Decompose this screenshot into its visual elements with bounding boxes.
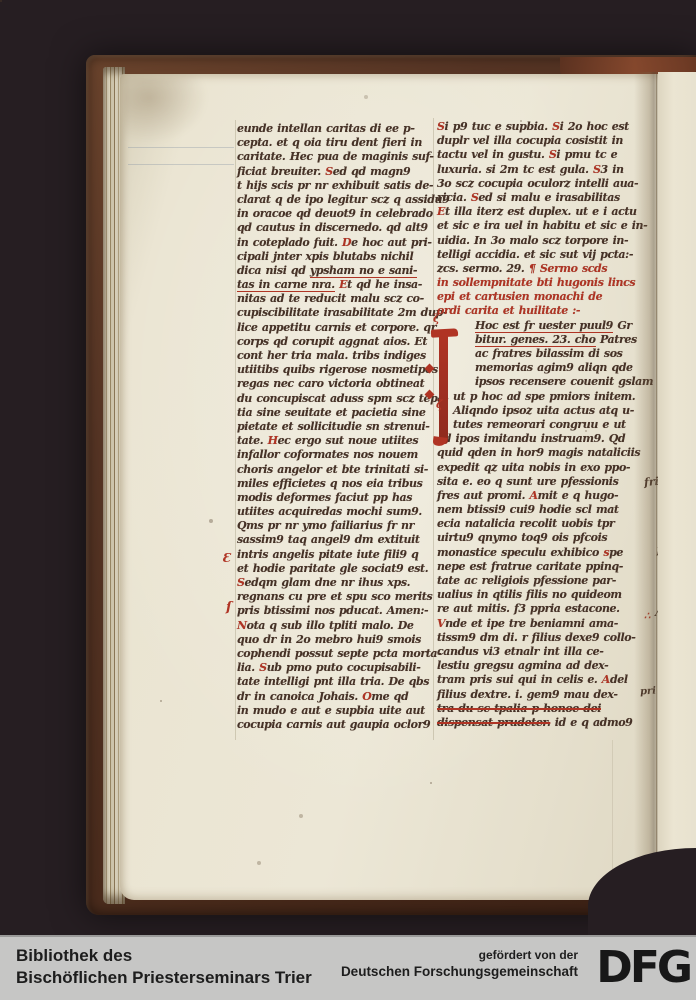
manuscript-line: et sic e ira uel in habitu et sic e in- (437, 219, 647, 233)
manuscript-text-segment: lice appetitu carnis et corpore. qr (237, 321, 436, 334)
photo-area: eunde intellan caritas di ee p-cepta. et… (0, 0, 696, 935)
manuscript-text-segment: S (437, 120, 445, 133)
manuscript-text-segment: cupiscibilitate irasabilitate 2m dup- (237, 306, 447, 319)
parchment-specks (0, 0, 2, 2)
funder-credit-line1: gefördert von der (341, 948, 578, 963)
manuscript-line: Et illa iterz est duplex. ut e i actu (437, 205, 647, 219)
manuscript-text-segment: Gr (613, 319, 632, 332)
manuscript-text-segment: cophendi possut septe pcta morta- (237, 647, 441, 660)
manuscript-line: expedit qz uita nobis in exo ppo- (437, 461, 647, 475)
manuscript-text-segment: S (593, 163, 601, 176)
manuscript-text-segment: ed si malu e irasabilitas (478, 191, 619, 204)
manuscript-text-segment: filius dextre. i. gem9 mau dex- (437, 688, 618, 701)
manuscript-text-segment: corps qd corupit aggnat aios. Et (237, 335, 427, 348)
manuscript-text-segment: bitur. genes. 23. cho (475, 333, 596, 347)
manuscript-text-segment: tram pris sui qui in celis e. (437, 673, 602, 686)
manuscript-text-segment: choris angelor et bte trinitati si- (237, 463, 428, 476)
manuscript-text-segment: modis deformes faciut pp has (237, 491, 412, 504)
manuscript-line: fres aut promi. Amit e q hugo- (437, 489, 647, 503)
manuscript-text-segment: dr in canoica Johais. (237, 690, 362, 703)
manuscript-line: tate intelligi pnt illa tria. De qbs (237, 675, 437, 689)
manuscript-text-segment: id e q admo9 (550, 716, 632, 729)
manuscript-line: ecia natalicia recolit uobis tpr (437, 517, 647, 531)
manuscript-text-segment: S (237, 576, 245, 589)
column-ruling (235, 120, 236, 740)
funder-credit-line2: Deutschen Forschungsgemeinschaft (341, 963, 578, 980)
manuscript-text-segment: qd cautus in discernedo. qd alt9 (237, 221, 428, 234)
manuscript-text-segment: E (437, 205, 445, 218)
manuscript-text-segment: S (259, 661, 267, 674)
manuscript-line: Qms pr nr ymo failiarius fr nr (237, 519, 437, 533)
manuscript-text-segment: t illa iterz est duplex. ut e i actu (445, 205, 637, 218)
manuscript-line: Vnde et ipe tre beniamni ama- (437, 617, 647, 631)
manuscript-text-segment: cocupia carnis aut gaupia oclor9 (237, 718, 430, 731)
manuscript-text-segment: in mudo e aut e supbia uite aut (237, 704, 425, 717)
manuscript-line: Aliqndo ipsoz uita actus atq u- (437, 404, 647, 418)
manuscript-text-segment: candus vi3 etnalr int illa ce- (437, 645, 603, 658)
manuscript-line: tra du sc tpalia p honoe dei (437, 702, 647, 716)
manuscript-text-segment: ficiat breuiter. (237, 165, 325, 178)
manuscript-text-segment: ecia natalicia recolit uobis tpr (437, 517, 614, 530)
manuscript-line: pris btissimi nos pducat. Amen:- (237, 604, 437, 618)
manuscript-text-segment: lia. (237, 661, 259, 674)
manuscript-text-segment: in sollempnitate bti hugonis lincs (437, 276, 635, 289)
manuscript-text-segment: cipali jnter xpis blutabs nichil (237, 250, 413, 263)
manuscript-line: tutes remeorari congruu e ut (437, 418, 647, 432)
manuscript-text-segment: tra du sc tpalia p honoe dei (437, 702, 601, 715)
manuscript-text-segment: S (552, 120, 560, 133)
manuscript-text-segment: A (602, 673, 610, 686)
manuscript-text-segment: uidia. In 3o malo scz torpore in- (437, 234, 628, 247)
manuscript-line: regnans cu pre et spu sco merits (237, 590, 437, 604)
manuscript-line: nitas ad te reducit malu scz co- (237, 292, 437, 306)
manuscript-text-segment: D (342, 236, 351, 249)
manuscript-line: corps qd corupit aggnat aios. Et (237, 335, 437, 349)
manuscript-line: sita e. eo q sunt ure pfessionis (437, 475, 647, 489)
manuscript-line: cepta. et q oia tiru dent fieri in (237, 136, 437, 150)
manuscript-text-segment: i pmu tc e (556, 148, 617, 161)
manuscript-text-segment: i 2o hoc est (560, 120, 629, 133)
manuscript-line: utiitibs quibs rigerose nosmetipos (237, 363, 437, 377)
manuscript-text-segment: t hijs scis pr nr exhibuit satis de- (237, 179, 433, 192)
manuscript-line: intris angelis pitate iute fili9 q (237, 548, 437, 562)
manuscript-line: t hijs scis pr nr exhibuit satis de- (237, 179, 437, 193)
margin-annotation: ſ (226, 600, 232, 615)
manuscript-line: sassim9 taq angel9 dm extituit (237, 533, 437, 547)
manuscript-text-segment: tate intelligi pnt illa tria. De qbs (237, 675, 429, 688)
manuscript-text-segment: quid qden in hor9 magis nataliciis (437, 446, 640, 459)
manuscript-line: tate ac religiois pfessione par- (437, 574, 647, 588)
manuscript-line: tate. Hec ergo sut noue utiites (237, 434, 437, 448)
manuscript-text-segment: ota q sub illo tpliti malo. De (247, 619, 414, 632)
manuscript-line: monastice speculu exhibico spe (437, 546, 647, 560)
manuscript-line: cocupia carnis aut gaupia oclor9 (237, 718, 437, 732)
manuscript-text-segment: ub pmo puto cocupisabili- (267, 661, 421, 674)
library-credit-line2: Bischöflichen Priesterseminars Trier (16, 967, 312, 989)
manuscript-text-segment: A (530, 489, 538, 502)
manuscript-text-segment: regas nec caro victoria obtineat (237, 377, 424, 390)
manuscript-line: uirtu9 qnymo toq9 ois pfcois (437, 531, 647, 545)
manuscript-text-segment: ¶ Sermo scds (529, 262, 607, 275)
manuscript-line: memorias agim9 aliqn qde (437, 361, 647, 375)
margin-annotation: Ɛ (222, 551, 231, 565)
manuscript-text-segment: N (237, 619, 247, 632)
manuscript-text-segment: miles efficietes q nos eia tribus (237, 477, 422, 490)
manuscript-text-segment: cont her tria mala. tribs indiges (237, 349, 426, 362)
manuscript-text-segment: caritate. Hec pua de maginis suf- (237, 150, 434, 163)
manuscript-line: cophendi possut septe pcta morta- (237, 647, 437, 661)
manuscript-line: lestiu gregsu agmina ad dex- (437, 659, 647, 673)
manuscript-line: luxuria. si 2m tc est gula. S3 in (437, 163, 647, 177)
manuscript-text-segment: tas in carne nra. (237, 278, 335, 292)
manuscript-text-segment: re aut mitis. f3 ppria estacone. (437, 602, 620, 615)
manuscript-text-segment: Hoc est fr uester puul9 (475, 319, 613, 333)
ruling-line (128, 164, 234, 165)
manuscript-text-segment: fres aut promi. (437, 489, 530, 502)
manuscript-line: bitur. genes. 23. cho Patres (437, 333, 647, 347)
manuscript-text-segment: infallor coformates nos nouem (237, 448, 418, 461)
manuscript-text-segment: S (325, 165, 333, 178)
manuscript-line: 3o scz cocupia oculorz intelli aua- (437, 177, 647, 191)
manuscript-text-segment: du concupiscat aduss spm scz tepa- (237, 392, 448, 405)
gutter-crease (656, 74, 657, 862)
manuscript-text-segment: dispensat prudeter. (437, 716, 550, 729)
manuscript-text-segment: tactu vel in gustu. (437, 148, 549, 161)
manuscript-line: dr in canoica Johais. Ome qd (237, 690, 437, 704)
manuscript-text-segment: utiites acquiredas mochi sum9. (237, 505, 422, 518)
manuscript-line: Si p9 tuc e supbia. Si 2o hoc est (437, 120, 647, 134)
manuscript-text-segment: nem btissi9 cui9 hodie scl mat (437, 503, 619, 516)
manuscript-text-segment: tia sine seuitate et pacietia sine (237, 406, 426, 419)
manuscript-line: lia. Sub pmo puto cocupisabili- (237, 661, 437, 675)
manuscript-line: Sedqm glam dne nr ihus xps. (237, 576, 437, 590)
manuscript-line: ut p hoc ad spe pmiors initem. (437, 390, 647, 404)
manuscript-text-segment: tate ac religiois pfessione par- (437, 574, 616, 587)
manuscript-line: duplr vel illa cocupia cosistit in (437, 134, 647, 148)
manuscript-text-segment: ordi carita et huilitate :- (437, 304, 580, 317)
manuscript-line: cont her tria mala. tribs indiges (237, 349, 437, 363)
manuscript-line: cipali jnter xpis blutabs nichil (237, 250, 437, 264)
manuscript-text-segment: et hodie paritate gle sociat9 est. (237, 562, 428, 575)
manuscript-line: dica nisi qd ypsham no e sani- (237, 264, 437, 278)
manuscript-text-segment: monastice speculu exhibico (437, 546, 603, 559)
manuscript-line: ad ipos imitandu instruam9. Qd (437, 432, 647, 446)
right-text-column: Si p9 tuc e supbia. Si 2o hoc estduplr v… (437, 120, 647, 730)
manuscript-line: qd cautus in discernedo. qd alt9 (237, 221, 437, 235)
manuscript-line: ficiat breuiter. Sed qd magn9 (237, 165, 437, 179)
margin-annotation: ζ (433, 312, 440, 325)
parchment-stain (124, 78, 208, 144)
manuscript-text-segment: regnans cu pre et spu sco merits (237, 590, 432, 603)
ruling-line (128, 147, 234, 148)
manuscript-text-segment: H (268, 434, 278, 447)
left-text-column: eunde intellan caritas di ee p-cepta. et… (237, 122, 437, 732)
manuscript-line: ordi carita et huilitate :- (437, 304, 647, 318)
manuscript-line: miles efficietes q nos eia tribus (237, 477, 437, 491)
funder-credit: gefördert von der Deutschen Forschungsge… (341, 948, 578, 980)
manuscript-line: nepe est fratrue caritate ppinq- (437, 560, 647, 574)
manuscript-text-segment: ad ipos imitandu instruam9. Qd (437, 432, 625, 445)
manuscript-text-segment: nde et ipe tre beniamni ama- (445, 617, 618, 630)
manuscript-text-segment: me qd (371, 690, 408, 703)
manuscript-text-segment: nitas ad te reducit malu scz co- (237, 292, 424, 305)
manuscript-line: ac fratres bilassim di sos (437, 347, 647, 361)
initial-tail (432, 436, 447, 447)
manuscript-line: quo dr in 2o mebro hui9 smois (237, 633, 437, 647)
manuscript-text-segment: eunde intellan caritas di ee p- (237, 122, 415, 135)
manuscript-text-segment: edqm glam dne nr ihus xps. (245, 576, 411, 589)
manuscript-line: tissm9 dm di. r filius dexe9 collo- (437, 631, 647, 645)
manuscript-text-segment: pe (609, 546, 623, 559)
manuscript-text-segment: utiitibs quibs rigerose nosmetipos (237, 363, 438, 376)
manuscript-text-segment: tissm9 dm di. r filius dexe9 collo- (437, 631, 635, 644)
manuscript-line: zcs. sermo. 29. ¶ Sermo scds (437, 262, 647, 276)
manuscript-line: du concupiscat aduss spm scz tepa- (237, 392, 437, 406)
manuscript-line: in coteplado fuit. De hoc aut pri- (237, 236, 437, 250)
manuscript-line: pietate et sollicitudie sn strenui- (237, 420, 437, 434)
manuscript-line: cupiscibilitate irasabilitate 2m dup- (237, 306, 437, 320)
manuscript-text-segment: ut p hoc ad spe pmiors initem. (453, 390, 635, 403)
manuscript-line: et hodie paritate gle sociat9 est. (237, 562, 437, 576)
manuscript-text-segment: tate. (237, 434, 268, 447)
manuscript-text-segment: mit e q hugo- (538, 489, 618, 502)
manuscript-text-segment: Patres (596, 333, 637, 346)
digitized-manuscript-scan: eunde intellan caritas di ee p-cepta. et… (0, 0, 696, 1000)
manuscript-text-segment: clarat q de ipo legitur scz q assidu9 (237, 193, 449, 206)
manuscript-text-segment: Aliqndo ipsoz uita actus atq u- (453, 404, 634, 417)
manuscript-line: regas nec caro victoria obtineat (237, 377, 437, 391)
manuscript-text-segment: lestiu gregsu agmina ad dex- (437, 659, 608, 672)
manuscript-text-segment: 3o scz cocupia oculorz intelli aua- (437, 177, 638, 190)
manuscript-text-segment: t qd he insa- (347, 278, 422, 291)
manuscript-text-segment: 3 in (601, 163, 624, 176)
manuscript-line: modis deformes faciut pp has (237, 491, 437, 505)
manuscript-text-segment: pris btissimi nos pducat. Amen:- (237, 604, 428, 617)
manuscript-line: lice appetitu carnis et corpore. qr (237, 321, 437, 335)
initial-stem (439, 334, 448, 444)
digitization-credit-bar: Bibliothek des Bischöflichen Priestersem… (0, 935, 696, 1000)
manuscript-line: nem btissi9 cui9 hodie scl mat (437, 503, 647, 517)
manuscript-line: tram pris sui qui in celis e. Adel (437, 673, 647, 687)
manuscript-text-segment: intris angelis pitate iute fili9 q (237, 548, 418, 561)
manuscript-text-segment: tutes remeorari congruu e ut (453, 418, 626, 431)
manuscript-line: ipsos recensere couenit gslam (437, 375, 647, 389)
manuscript-line: utiites acquiredas mochi sum9. (237, 505, 437, 519)
manuscript-text-segment: expedit qz uita nobis in exo ppo- (437, 461, 630, 474)
manuscript-text-segment: telligi accidia. et sic sut vij pcta:- (437, 248, 633, 261)
manuscript-text-segment: V (437, 617, 445, 630)
next-leaf-edge (658, 72, 696, 864)
manuscript-text-segment: ec ergo sut noue utiites (278, 434, 419, 447)
manuscript-text-segment: ualius in qtilis filis no quideom (437, 588, 622, 601)
library-credit: Bibliothek des Bischöflichen Priestersem… (16, 945, 312, 989)
manuscript-text-segment: ypsham no e sani- (310, 264, 417, 278)
manuscript-line: infallor coformates nos nouem (237, 448, 437, 462)
manuscript-text-segment: in coteplado fuit. (237, 236, 342, 249)
dfg-logo: DFG (596, 937, 690, 999)
manuscript-text-segment: Qms pr nr ymo failiarius fr nr (237, 519, 414, 532)
manuscript-text-segment: ricia. (437, 191, 471, 204)
library-credit-line1: Bibliothek des (16, 945, 312, 967)
margin-annotation: ζ (436, 398, 443, 411)
manuscript-line: tia sine seuitate et pacietia sine (237, 406, 437, 420)
manuscript-text-segment: et sic e ira uel in habitu et sic e in- (437, 219, 647, 232)
manuscript-line: eunde intellan caritas di ee p- (237, 122, 437, 136)
manuscript-line: quid qden in hor9 magis nataliciis (437, 446, 647, 460)
manuscript-line: uidia. In 3o malo scz torpore in- (437, 234, 647, 248)
manuscript-text-segment: duplr vel illa cocupia cosistit in (437, 134, 623, 147)
manuscript-text-segment: memorias agim9 aliqn qde (475, 361, 633, 374)
manuscript-line: Hoc est fr uester puul9 Gr (437, 319, 647, 333)
manuscript-line: in oracoe qd deuot9 in celebrado (237, 207, 437, 221)
manuscript-line: tas in carne nra. Et qd he insa- (237, 278, 437, 292)
manuscript-line: in mudo e aut e supbia uite aut (237, 704, 437, 718)
manuscript-text-segment: uirtu9 qnymo toq9 ois pfcois (437, 531, 607, 544)
manuscript-text-segment: sita e. eo q sunt ure pfessionis (437, 475, 618, 488)
manuscript-text-segment: ed qd magn9 (333, 165, 410, 178)
manuscript-line: in sollempnitate bti hugonis lincs (437, 276, 647, 290)
manuscript-text-segment: ac fratres bilassim di sos (475, 347, 622, 360)
manuscript-line: dispensat prudeter. id e q admo9 (437, 716, 647, 730)
manuscript-line: filius dextre. i. gem9 mau dex- (437, 688, 647, 702)
manuscript-line: ricia. Sed si malu e irasabilitas (437, 191, 647, 205)
manuscript-line: telligi accidia. et sic sut vij pcta:- (437, 248, 647, 262)
manuscript-line: ualius in qtilis filis no quideom (437, 588, 647, 602)
rubricated-initial-I (431, 329, 465, 449)
manuscript-line: tactu vel in gustu. Si pmu tc e (437, 148, 647, 162)
manuscript-line: choris angelor et bte trinitati si- (237, 463, 437, 477)
manuscript-text-segment: luxuria. si 2m tc est gula. (437, 163, 593, 176)
manuscript-text-segment: quo dr in 2o mebro hui9 smois (237, 633, 421, 646)
manuscript-text-segment: pietate et sollicitudie sn strenui- (237, 420, 429, 433)
manuscript-line: candus vi3 etnalr int illa ce- (437, 645, 647, 659)
manuscript-text-segment: sassim9 taq angel9 dm extituit (237, 533, 420, 546)
manuscript-text-segment: epi et cartusien monachi de (437, 290, 602, 303)
manuscript-text-segment: i p9 tuc e supbia. (445, 120, 553, 133)
manuscript-text-segment: e hoc aut pri- (351, 236, 431, 249)
manuscript-line: clarat q de ipo legitur scz q assidu9 (237, 193, 437, 207)
manuscript-text-segment: in oracoe qd deuot9 in celebrado (237, 207, 433, 220)
manuscript-text-segment: dica nisi qd (237, 264, 310, 277)
manuscript-line: epi et cartusien monachi de (437, 290, 647, 304)
manuscript-text-segment: cepta. et q oia tiru dent fieri in (237, 136, 422, 149)
manuscript-text-segment: zcs. sermo. 29. (437, 262, 529, 275)
manuscript-text-segment: ipsos recensere couenit gslam (475, 375, 653, 388)
manuscript-text-segment: del (610, 673, 628, 686)
manuscript-line: re aut mitis. f3 ppria estacone. (437, 602, 647, 616)
manuscript-text-segment: E (335, 278, 347, 291)
manuscript-line: caritate. Hec pua de maginis suf- (237, 150, 437, 164)
manuscript-text-segment: nepe est fratrue caritate ppinq- (437, 560, 623, 573)
manuscript-line: Nota q sub illo tpliti malo. De (237, 619, 437, 633)
